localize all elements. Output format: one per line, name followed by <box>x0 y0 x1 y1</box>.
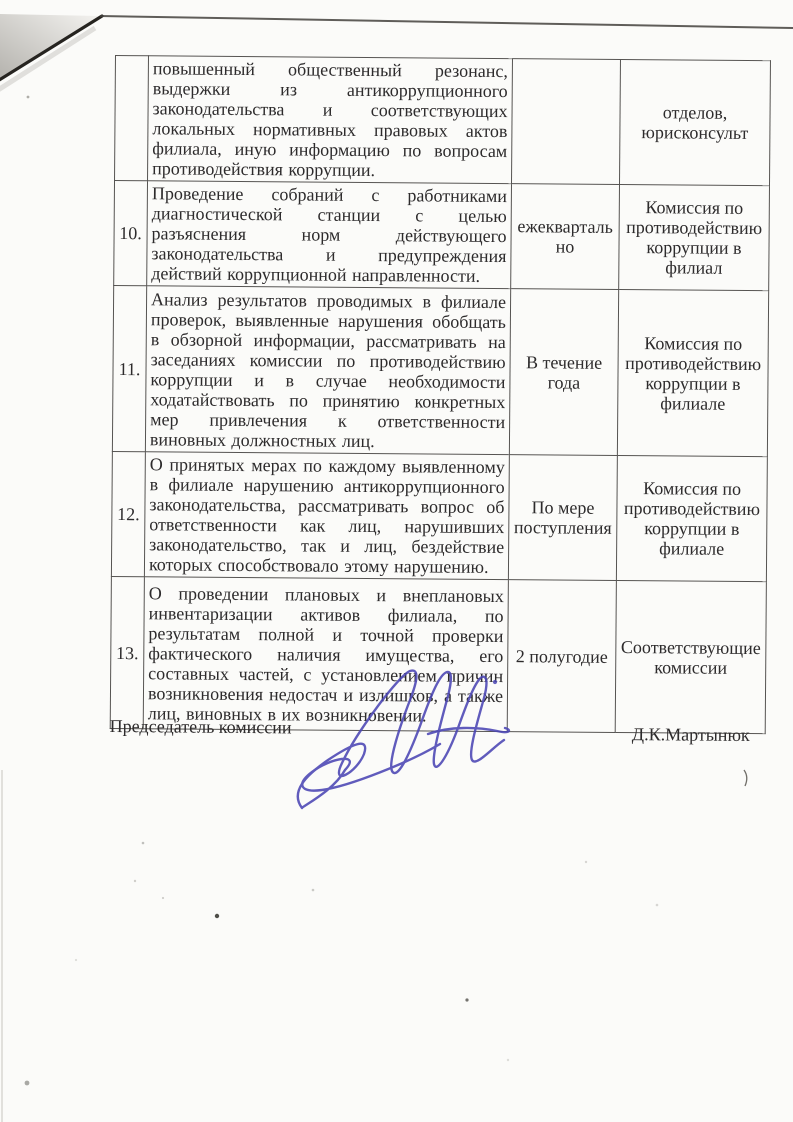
signer-role-label: Председатель комиссии <box>110 716 292 738</box>
period-cell: ежекварталь но <box>511 184 620 290</box>
period-cell: В течение года <box>509 289 618 456</box>
responsible-cell: Комиссия по противодействию коррупции в … <box>619 184 770 290</box>
table-row-9-continuation: повышенный общественный резонанс, выдерж… <box>115 56 771 186</box>
activity-cell: О принятых мерах по каждому выявленному … <box>144 452 509 580</box>
activity-cell: Проведение собраний с работниками диагно… <box>147 181 512 289</box>
activity-cell: Анализ результатов проводимых в филиале … <box>145 286 510 455</box>
scan-fold-corner <box>0 14 100 80</box>
row-number: 13. <box>110 576 144 728</box>
responsible-cell: Соответствующие комиссии <box>615 580 766 733</box>
row-number: 12. <box>111 451 145 576</box>
responsible-cell: Комиссия по противодействию коррупции в … <box>616 455 767 581</box>
signer-name: Д.К.Мартынюк <box>632 724 750 746</box>
responsible-cell: Комиссия по противодействию коррупции в … <box>617 289 768 456</box>
table-row-12: 12. О принятых мерах по каждому выявленн… <box>111 451 767 581</box>
scan-fold-shadow <box>0 28 95 90</box>
signature-pen-dot <box>493 680 497 684</box>
table-row-11: 11. Анализ результатов проводимых в фили… <box>112 285 768 456</box>
period-cell <box>512 59 621 185</box>
responsible-cell: отделов, юрисконсульт <box>619 59 770 185</box>
scan-fold-edge-line <box>0 16 102 82</box>
signature-ink <box>280 628 525 828</box>
activity-cell: повышенный общественный резонанс, выдерж… <box>148 56 513 184</box>
row-number: 10. <box>114 181 148 286</box>
table-row-10: 10. Проведение собраний с работниками ди… <box>114 181 770 291</box>
scanned-page: повышенный общественный резонанс, выдерж… <box>0 0 793 1122</box>
period-cell: По мере поступления <box>508 455 617 581</box>
scan-tilt-wrapper: повышенный общественный резонанс, выдерж… <box>0 0 793 5</box>
scan-ink-mark <box>744 770 747 786</box>
row-number: 11. <box>112 285 146 451</box>
scan-top-edge-line <box>100 16 793 28</box>
row-number <box>115 56 149 181</box>
